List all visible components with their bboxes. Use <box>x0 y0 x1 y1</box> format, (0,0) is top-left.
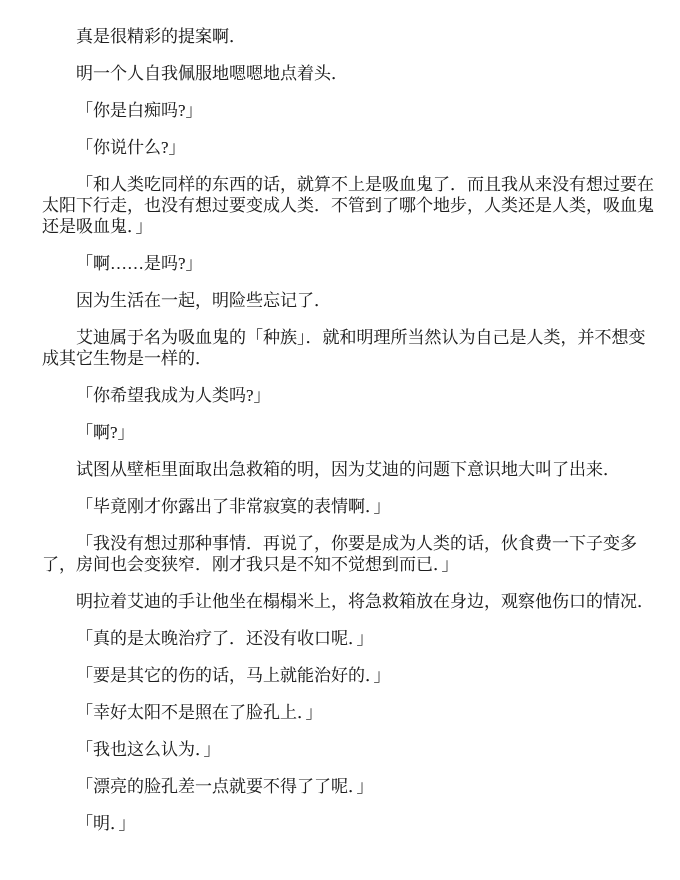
paragraph-dialogue: 「毕竟刚才你露出了非常寂寞的表情啊．」 <box>42 496 654 517</box>
paragraph-dialogue: 「啊?」 <box>42 422 654 443</box>
paragraph-dialogue: 「你是白痴吗?」 <box>42 100 654 121</box>
paragraph-narration: 明一个人自我佩服地嗯嗯地点着头． <box>42 63 654 84</box>
paragraph-narration: 明拉着艾迪的手让他坐在榻榻米上，将急救箱放在身边，观察他伤口的情况． <box>42 591 654 612</box>
paragraph-narration: 因为生活在一起，明险些忘记了． <box>42 290 654 311</box>
paragraph-dialogue: 「你说什么?」 <box>42 137 654 158</box>
paragraph-dialogue: 「我也这么认为．」 <box>42 739 654 760</box>
paragraph-dialogue: 「漂亮的脸孔差一点就要不得了了呢．」 <box>42 776 654 797</box>
paragraph-dialogue: 「我没有想过那种事情．再说了，你要是成为人类的话，伙食费一下子变多了，房间也会变… <box>42 533 654 575</box>
paragraph-dialogue: 「要是其它的伤的话，马上就能治好的．」 <box>42 665 654 686</box>
paragraph-narration: 真是很精彩的提案啊． <box>42 26 654 47</box>
paragraph-dialogue: 「啊……是吗?」 <box>42 253 654 274</box>
document-page: 真是很精彩的提案啊． 明一个人自我佩服地嗯嗯地点着头． 「你是白痴吗?」 「你说… <box>0 0 680 880</box>
paragraph-narration: 试图从壁柜里面取出急救箱的明，因为艾迪的问题下意识地大叫了出来． <box>42 459 654 480</box>
paragraph-dialogue: 「真的是太晚治疗了．还没有收口呢．」 <box>42 628 654 649</box>
paragraph-dialogue: 「你希望我成为人类吗?」 <box>42 385 654 406</box>
paragraph-dialogue: 「明．」 <box>42 813 654 834</box>
paragraph-dialogue: 「幸好太阳不是照在了脸孔上．」 <box>42 702 654 723</box>
paragraph-narration: 艾迪属于名为吸血鬼的「种族」．就和明理所当然认为自己是人类，并不想变成其它生物是… <box>42 327 654 369</box>
paragraph-dialogue: 「和人类吃同样的东西的话，就算不上是吸血鬼了．而且我从来没有想过要在太阳下行走，… <box>42 174 654 237</box>
